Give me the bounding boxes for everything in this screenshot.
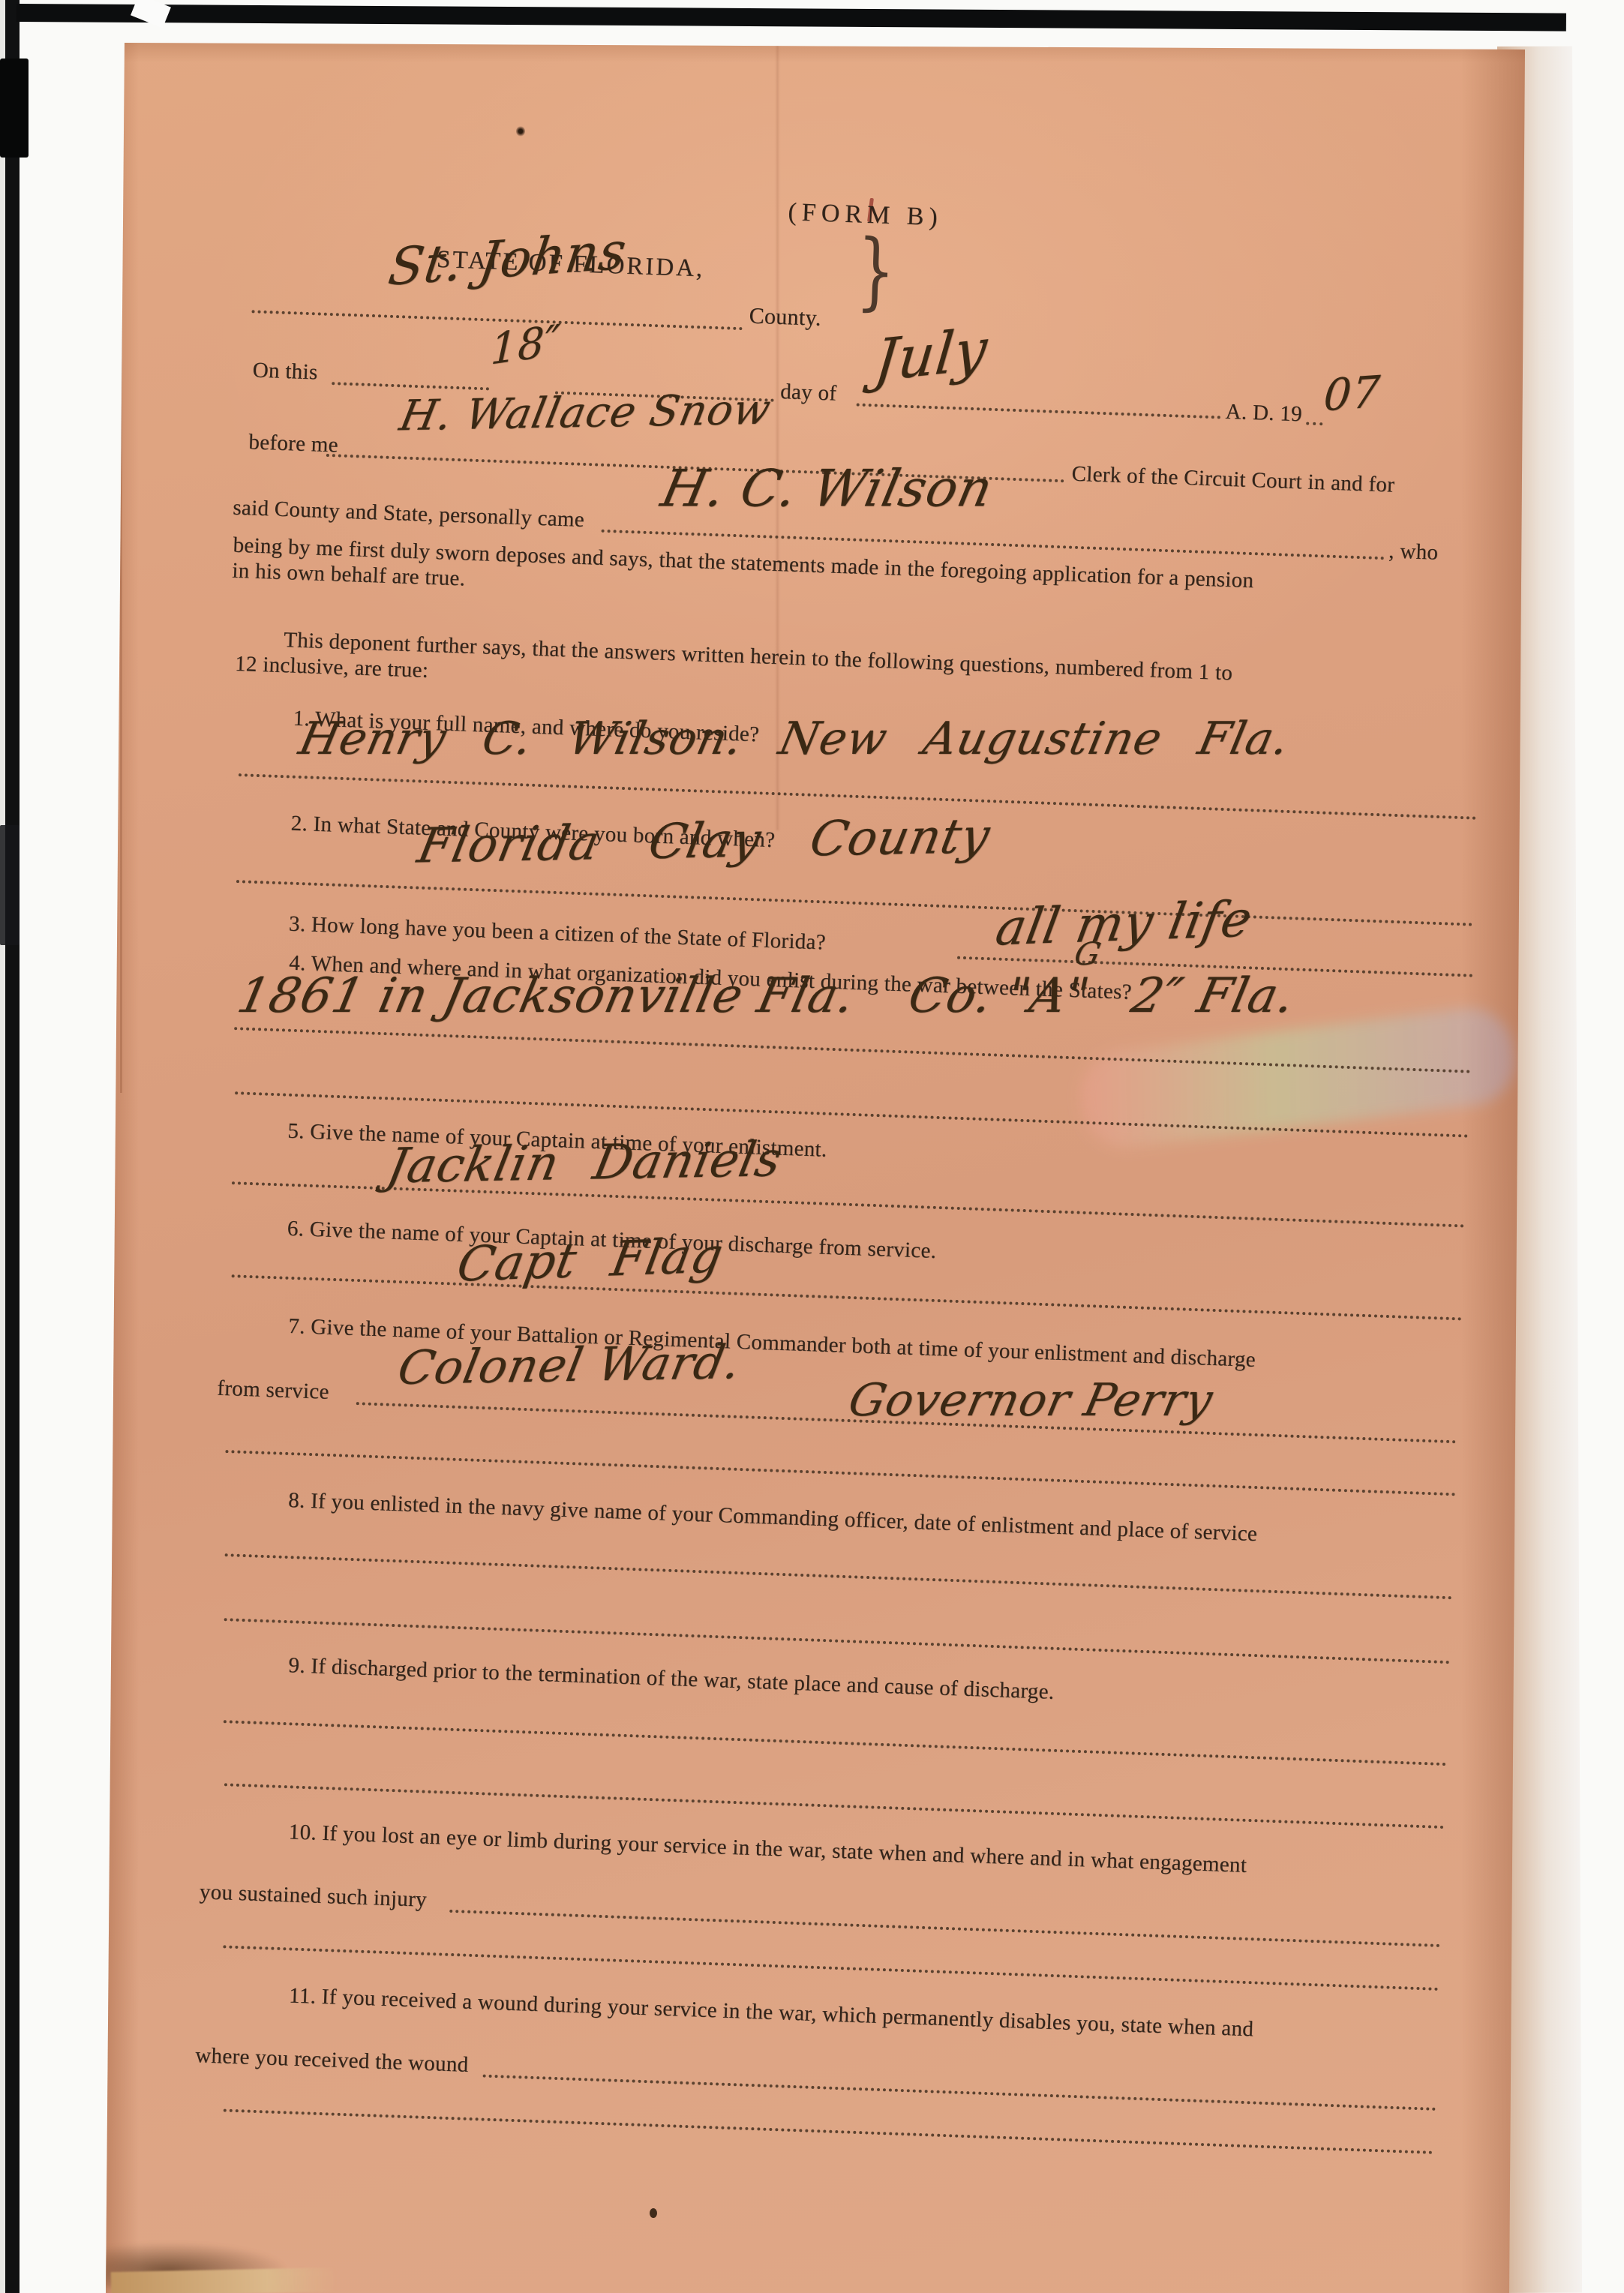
- blank-dotted-line: [224, 1720, 1447, 1766]
- answer-6-dotted-line: [232, 1274, 1463, 1320]
- county-brace: }: [855, 222, 897, 321]
- answer-2-handwriting: Florida Clay County: [413, 809, 995, 875]
- blank-dotted-line: [224, 2108, 1433, 2153]
- question-9: 9. If discharged prior to the terminatio…: [288, 1653, 1055, 1705]
- dotted-segment: [857, 404, 1221, 419]
- question-11-line1: 11. If you received a wound during your …: [289, 1983, 1254, 2042]
- ink-speck: [516, 126, 525, 137]
- pension-form-paper: (FORM B) STATE OF FLORIDA, St. Johns Cou…: [0, 0, 1624, 2293]
- paper-top-edge-shadow: [113, 43, 1530, 62]
- year-handwritten-value: 07: [1322, 366, 1382, 422]
- scanned-document-canvas: (FORM B) STATE OF FLORIDA, St. Johns Cou…: [0, 0, 1624, 2293]
- scan-border-left-blob2: [0, 825, 20, 945]
- answer-3-handwriting: all my life: [992, 890, 1257, 956]
- month-handwritten-value: July: [872, 315, 991, 395]
- scan-border-top: [17, 4, 1566, 32]
- deponent-signature: H. C. Wilson: [656, 460, 998, 519]
- scanner-bed-left-strip: [0, 0, 5, 2293]
- answer-1-handwriting: Henry C. Wilson. New Augustine Fla.: [295, 713, 1295, 765]
- answer-7-handwriting-1: Colonel Ward.: [394, 1334, 746, 1395]
- question-8: 8. If you enlisted in the navy give name…: [288, 1488, 1258, 1547]
- personally-came-label: said County and State, personally came: [233, 496, 585, 533]
- question-10-line1: 10. If you lost an eye or limb during yo…: [288, 1820, 1247, 1878]
- county-label: County.: [749, 304, 821, 332]
- bottom-under-sheet-streak: [111, 2267, 337, 2293]
- answer-4-company: Co. "A"G: [904, 968, 1095, 1024]
- answer-4-handwriting: 1861 in Jacksonville Fla.Co. "A"G2″ Fla.: [233, 968, 1300, 1024]
- answer-5-handwriting: Jacklin Daniels: [383, 1132, 787, 1194]
- blank-dotted-line: [225, 1450, 1456, 1496]
- scan-border-top-notch: [131, 0, 171, 29]
- clerk-title: Clerk of the Circuit Court in and for: [1071, 462, 1395, 498]
- paper-left-edge-shadow: [106, 43, 139, 2293]
- blank-dotted-line: [223, 1945, 1439, 1991]
- question-10-line2: you sustained such injury: [199, 1880, 427, 1913]
- question-3: 3. How long have you been a citizen of t…: [289, 912, 827, 956]
- question-11-line2: where you received the wound: [195, 2043, 469, 2078]
- scan-border-left: [5, 0, 20, 2293]
- answer-4-part1: 1861 in Jacksonville Fla.: [233, 968, 860, 1024]
- paper-left-edge-line: [120, 43, 122, 1093]
- dotted-segment: [1306, 422, 1322, 426]
- answer-4-dotted-line: [234, 1027, 1471, 1073]
- answer-10-dotted-line: [449, 1910, 1440, 1947]
- scan-border-left-blob: [0, 59, 29, 158]
- blank-dotted-line: [225, 1553, 1453, 1599]
- ad-label: A. D. 19: [1225, 400, 1302, 428]
- on-this-label: On this: [252, 358, 318, 385]
- form-content: (FORM B) STATE OF FLORIDA, St. Johns Cou…: [153, 173, 1514, 2271]
- before-me-label: before me: [248, 430, 339, 458]
- day-of-label: day of: [780, 380, 837, 407]
- county-handwritten-value: St. Johns: [385, 221, 630, 298]
- blank-dotted-line: [224, 1783, 1445, 1829]
- day-handwritten-value: 18″: [490, 316, 563, 375]
- clerk-signature: H. Wallace Snow: [396, 386, 776, 441]
- dotted-segment: [332, 382, 489, 390]
- answer-7-handwriting-2: Governor Perry: [844, 1374, 1217, 1427]
- answer-11-dotted-line: [483, 2075, 1436, 2111]
- answer-4-part3: 2″ Fla.: [1127, 968, 1300, 1024]
- answer-4-part2: Co. "A": [904, 968, 1095, 1024]
- who-suffix: , who: [1388, 539, 1439, 565]
- question-7-line2: from service: [217, 1376, 329, 1405]
- answer-6-handwriting: Capt Flag: [453, 1228, 728, 1293]
